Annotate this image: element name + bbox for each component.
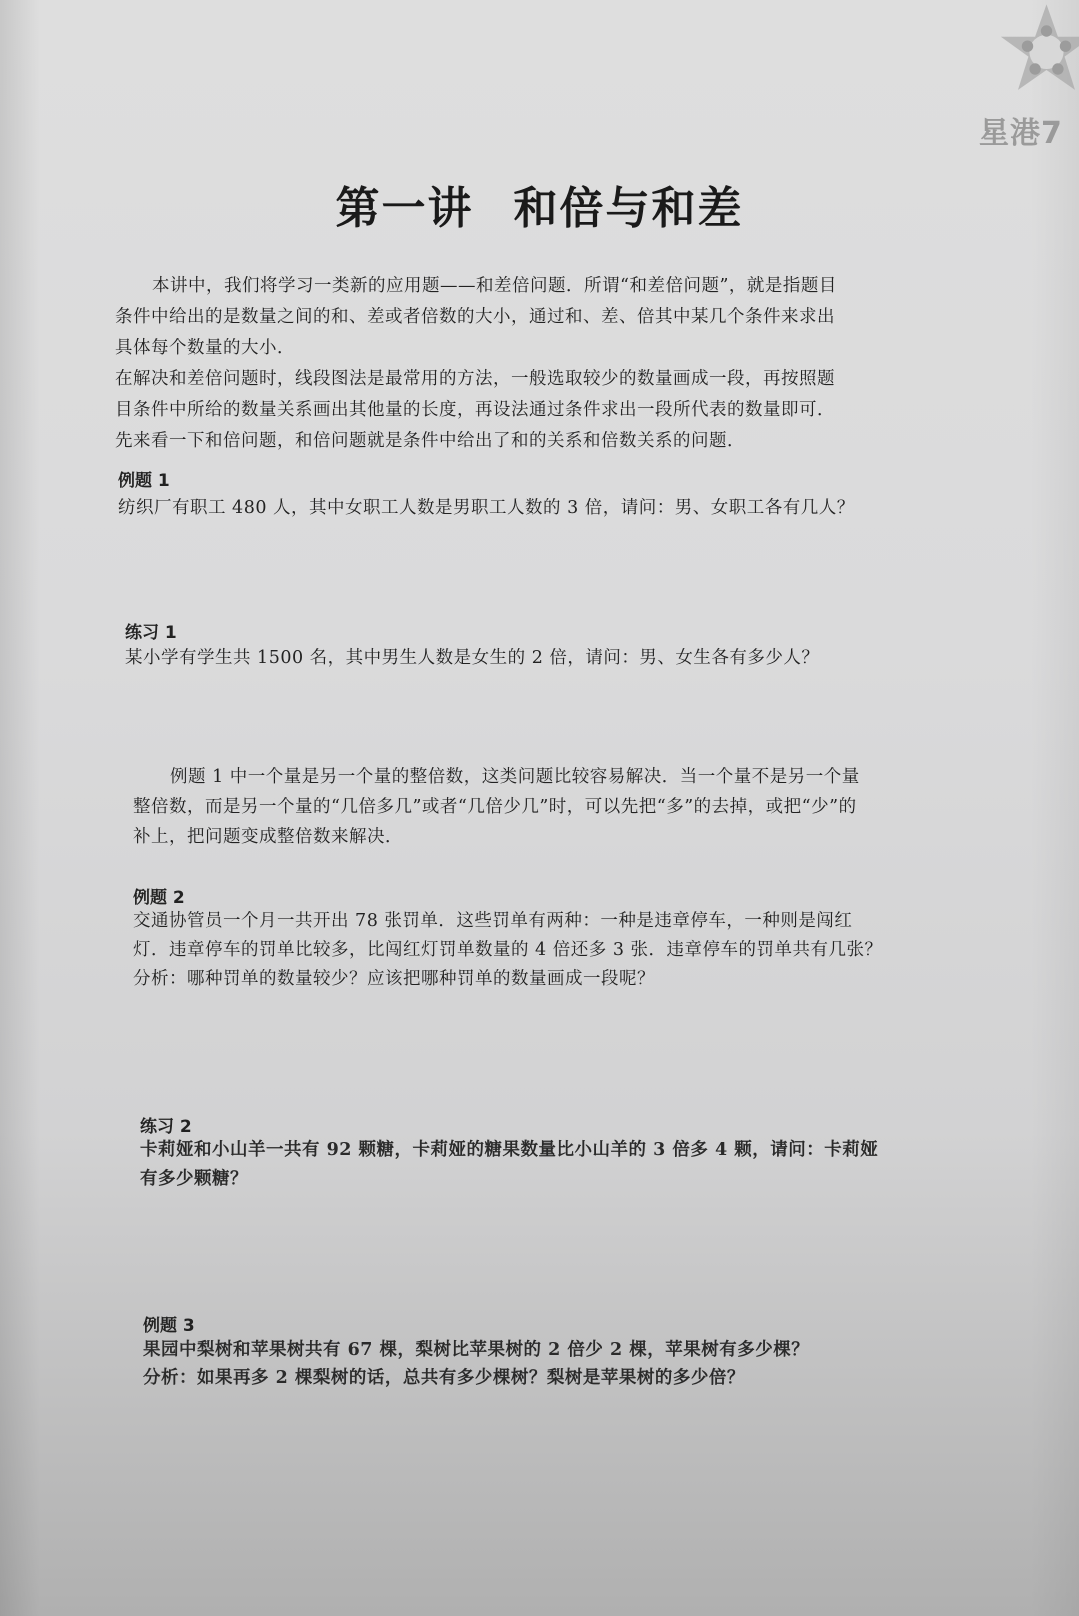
example-2-analysis: 分析：哪种罚单的数量较少？应该把哪种罚单的数量画成一段呢？ — [133, 965, 655, 990]
lecture-number: 第一讲 — [336, 183, 474, 234]
example-2-line-1: 交通协管员一个月一共开出 78 张罚单．这些罚单有两种：一种是违章停车，一种则是… — [133, 907, 852, 932]
lecture-topic: 和倍与和差 — [514, 183, 744, 234]
explanation-line-2: 整倍数，而是另一个量的“几倍多几”或者“几倍少几”时，可以先把“多”的去掉，或把… — [133, 793, 857, 818]
example-1-text: 纺织厂有职工 480 人，其中女职工人数是男职工人数的 3 倍，请问：男、女职工… — [118, 494, 855, 519]
practice-1-heading: 练习 1 — [125, 618, 177, 643]
example-2-line-2: 灯．违章停车的罚单比较多，比闯红灯罚单数量的 4 倍还多 3 张．违章停车的罚单… — [133, 936, 883, 961]
practice-1-text: 某小学有学生共 1500 名，其中男生人数是女生的 2 倍，请问：男、女生各有多… — [125, 644, 819, 669]
practice-2-heading: 练习 2 — [140, 1112, 192, 1137]
intro-line-2: 条件中给出的是数量之间的和、差或者倍数的大小，通过和、差、倍其中某几个条件来求出 — [115, 302, 835, 333]
intro-line-5: 目条件中所给的数量关系画出其他量的长度，再设法通过条件求出一段所代表的数量即可． — [115, 395, 835, 426]
example-2-heading: 例题 2 — [133, 883, 185, 908]
publisher-logo: 星港7 — [979, 0, 1079, 140]
practice-2-line-1: 卡莉娅和小山羊一共有 92 颗糖，卡莉娅的糖果数量比小山羊的 3 倍多 4 颗，… — [140, 1136, 878, 1161]
star-logo-icon — [999, 0, 1079, 100]
example-3-heading: 例题 3 — [143, 1311, 195, 1336]
intro-line-6: 先来看一下和倍问题，和倍问题就是条件中给出了和的关系和倍数关系的问题． — [115, 426, 745, 457]
bleed-through-text — [60, 140, 64, 156]
document-page: 星港7 第一讲和倍与和差 本讲中，我们将学习一类新的应用题——和差倍问题．所谓“… — [0, 0, 1079, 1616]
example-3-line-1: 果园中梨树和苹果树共有 67 棵，梨树比苹果树的 2 倍少 2 棵，苹果树有多少… — [143, 1336, 809, 1361]
intro-line-1: 本讲中，我们将学习一类新的应用题——和差倍问题．所谓“和差倍问题”，就是指题目 — [152, 271, 837, 302]
page-title: 第一讲和倍与和差 — [0, 172, 1079, 236]
intro-line-3: 具体每个数量的大小． — [115, 333, 295, 364]
practice-2-line-2: 有多少颗糖？ — [140, 1165, 248, 1190]
example-3-analysis: 分析：如果再多 2 棵梨树的话，总共有多少棵树？梨树是苹果树的多少倍？ — [143, 1364, 745, 1389]
explanation-line-3: 补上，把问题变成整倍数来解决． — [133, 823, 403, 848]
logo-text: 星港7 — [979, 108, 1063, 152]
intro-line-4: 在解决和差倍问题时，线段图法是最常用的方法，一般选取较少的数量画成一段，再按照题 — [115, 364, 835, 395]
example-1-heading: 例题 1 — [118, 466, 170, 491]
explanation-line-1: 例题 1 中一个量是另一个量的整倍数，这类问题比较容易解决．当一个量不是另一个量 — [170, 763, 860, 788]
